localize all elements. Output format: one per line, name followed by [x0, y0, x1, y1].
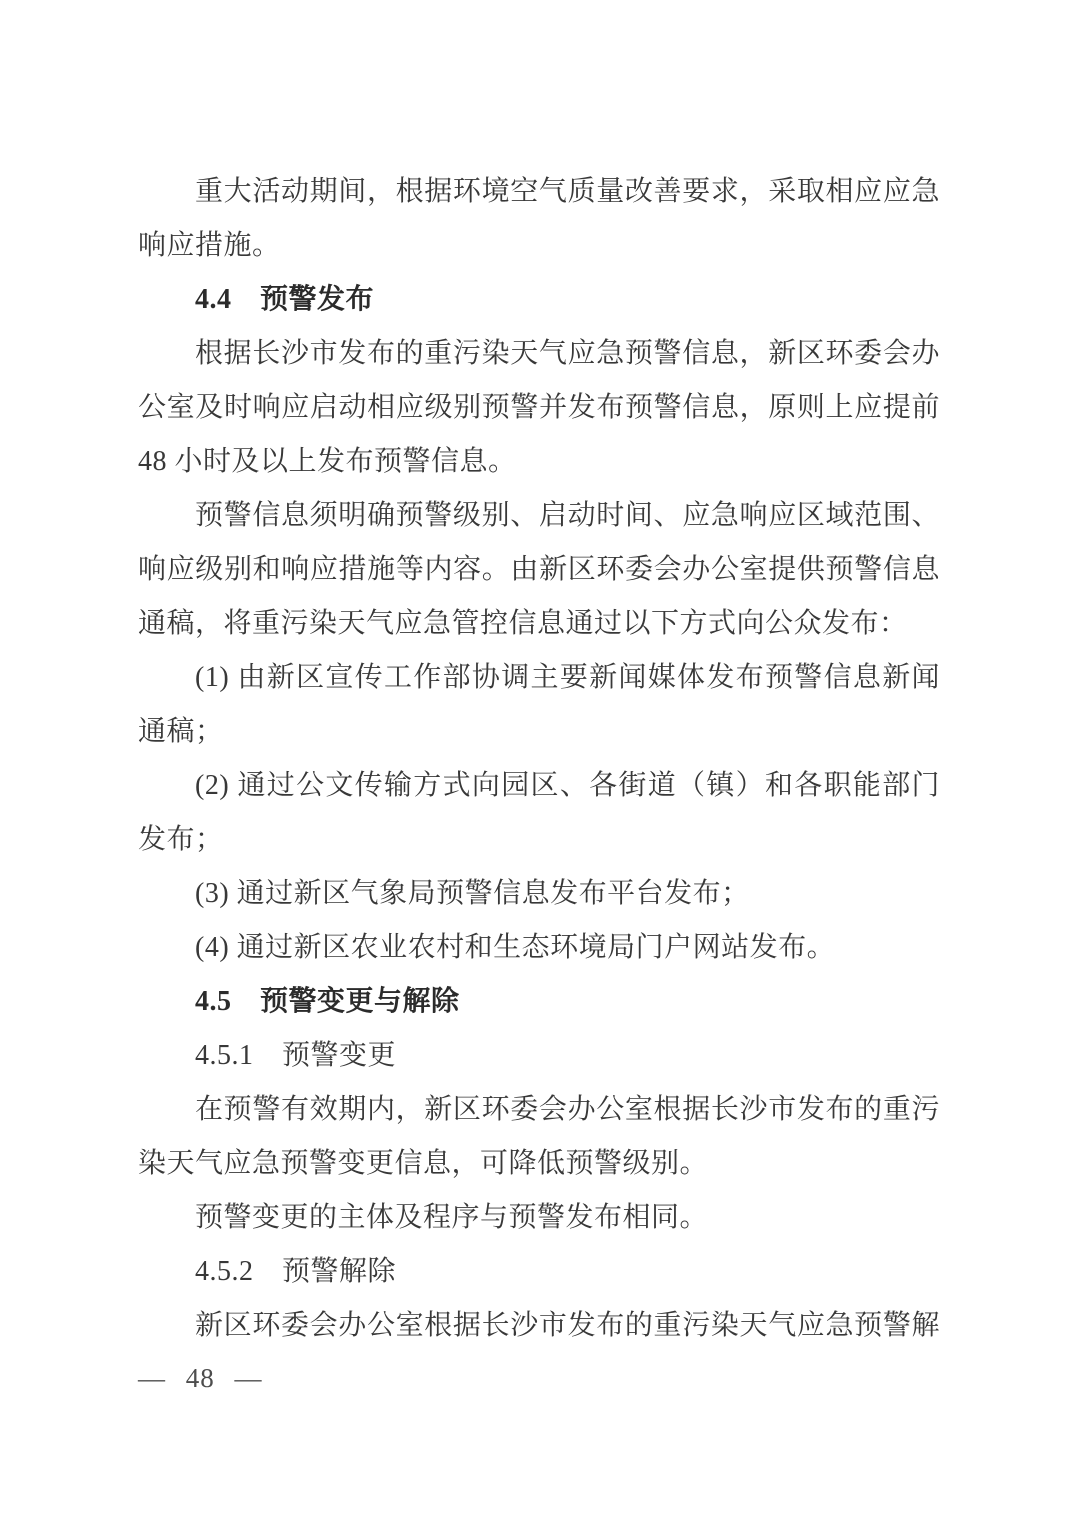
subsection-heading-4-5-2: 4.5.2 预警解除 — [138, 1245, 940, 1299]
page-number: — 48 — — [138, 1363, 263, 1393]
section-heading-4-4: 4.4 预警发布 — [138, 273, 940, 327]
page-footer: — 48 — — [138, 1351, 263, 1405]
section-heading-4-5: 4.5 预警变更与解除 — [138, 975, 940, 1029]
paragraph-line: 公室及时响应启动相应级别预警并发布预警信息，原则上应提前 — [138, 381, 940, 435]
paragraph-line: 根据长沙市发布的重污染天气应急预警信息，新区环委会办 — [138, 327, 940, 381]
paragraph-line: 染天气应急预警变更信息，可降低预警级别。 — [138, 1137, 940, 1191]
subsection-heading-4-5-1: 4.5.1 预警变更 — [138, 1029, 940, 1083]
list-item-3-line: (3) 通过新区气象局预警信息发布平台发布； — [138, 867, 940, 921]
paragraph-line: 预警变更的主体及程序与预警发布相同。 — [138, 1191, 940, 1245]
paragraph-line: 响应级别和响应措施等内容。由新区环委会办公室提供预警信息 — [138, 543, 940, 597]
list-item-2-line: 发布； — [138, 813, 940, 867]
document-body: 重大活动期间，根据环境空气质量改善要求，采取相应应急响应措施。4.4 预警发布根… — [138, 165, 940, 1353]
paragraph-line: 预警信息须明确预警级别、启动时间、应急响应区域范围、 — [138, 489, 940, 543]
list-item-1-line: (1) 由新区宣传工作部协调主要新闻媒体发布预警信息新闻 — [138, 651, 940, 705]
paragraph-line: 新区环委会办公室根据长沙市发布的重污染天气应急预警解 — [138, 1299, 940, 1353]
paragraph-line: 通稿，将重污染天气应急管控信息通过以下方式向公众发布： — [138, 597, 940, 651]
paragraph-line: 48 小时及以上发布预警信息。 — [138, 435, 940, 489]
list-item-2-line: (2) 通过公文传输方式向园区、各街道（镇）和各职能部门 — [138, 759, 940, 813]
paragraph-line: 重大活动期间，根据环境空气质量改善要求，采取相应应急 — [138, 165, 940, 219]
list-item-4-line: (4) 通过新区农业农村和生态环境局门户网站发布。 — [138, 921, 940, 975]
paragraph-line: 在预警有效期内，新区环委会办公室根据长沙市发布的重污 — [138, 1083, 940, 1137]
paragraph-line: 响应措施。 — [138, 219, 940, 273]
document-page: 重大活动期间，根据环境空气质量改善要求，采取相应应急响应措施。4.4 预警发布根… — [0, 0, 1074, 1520]
list-item-1-line: 通稿； — [138, 705, 940, 759]
